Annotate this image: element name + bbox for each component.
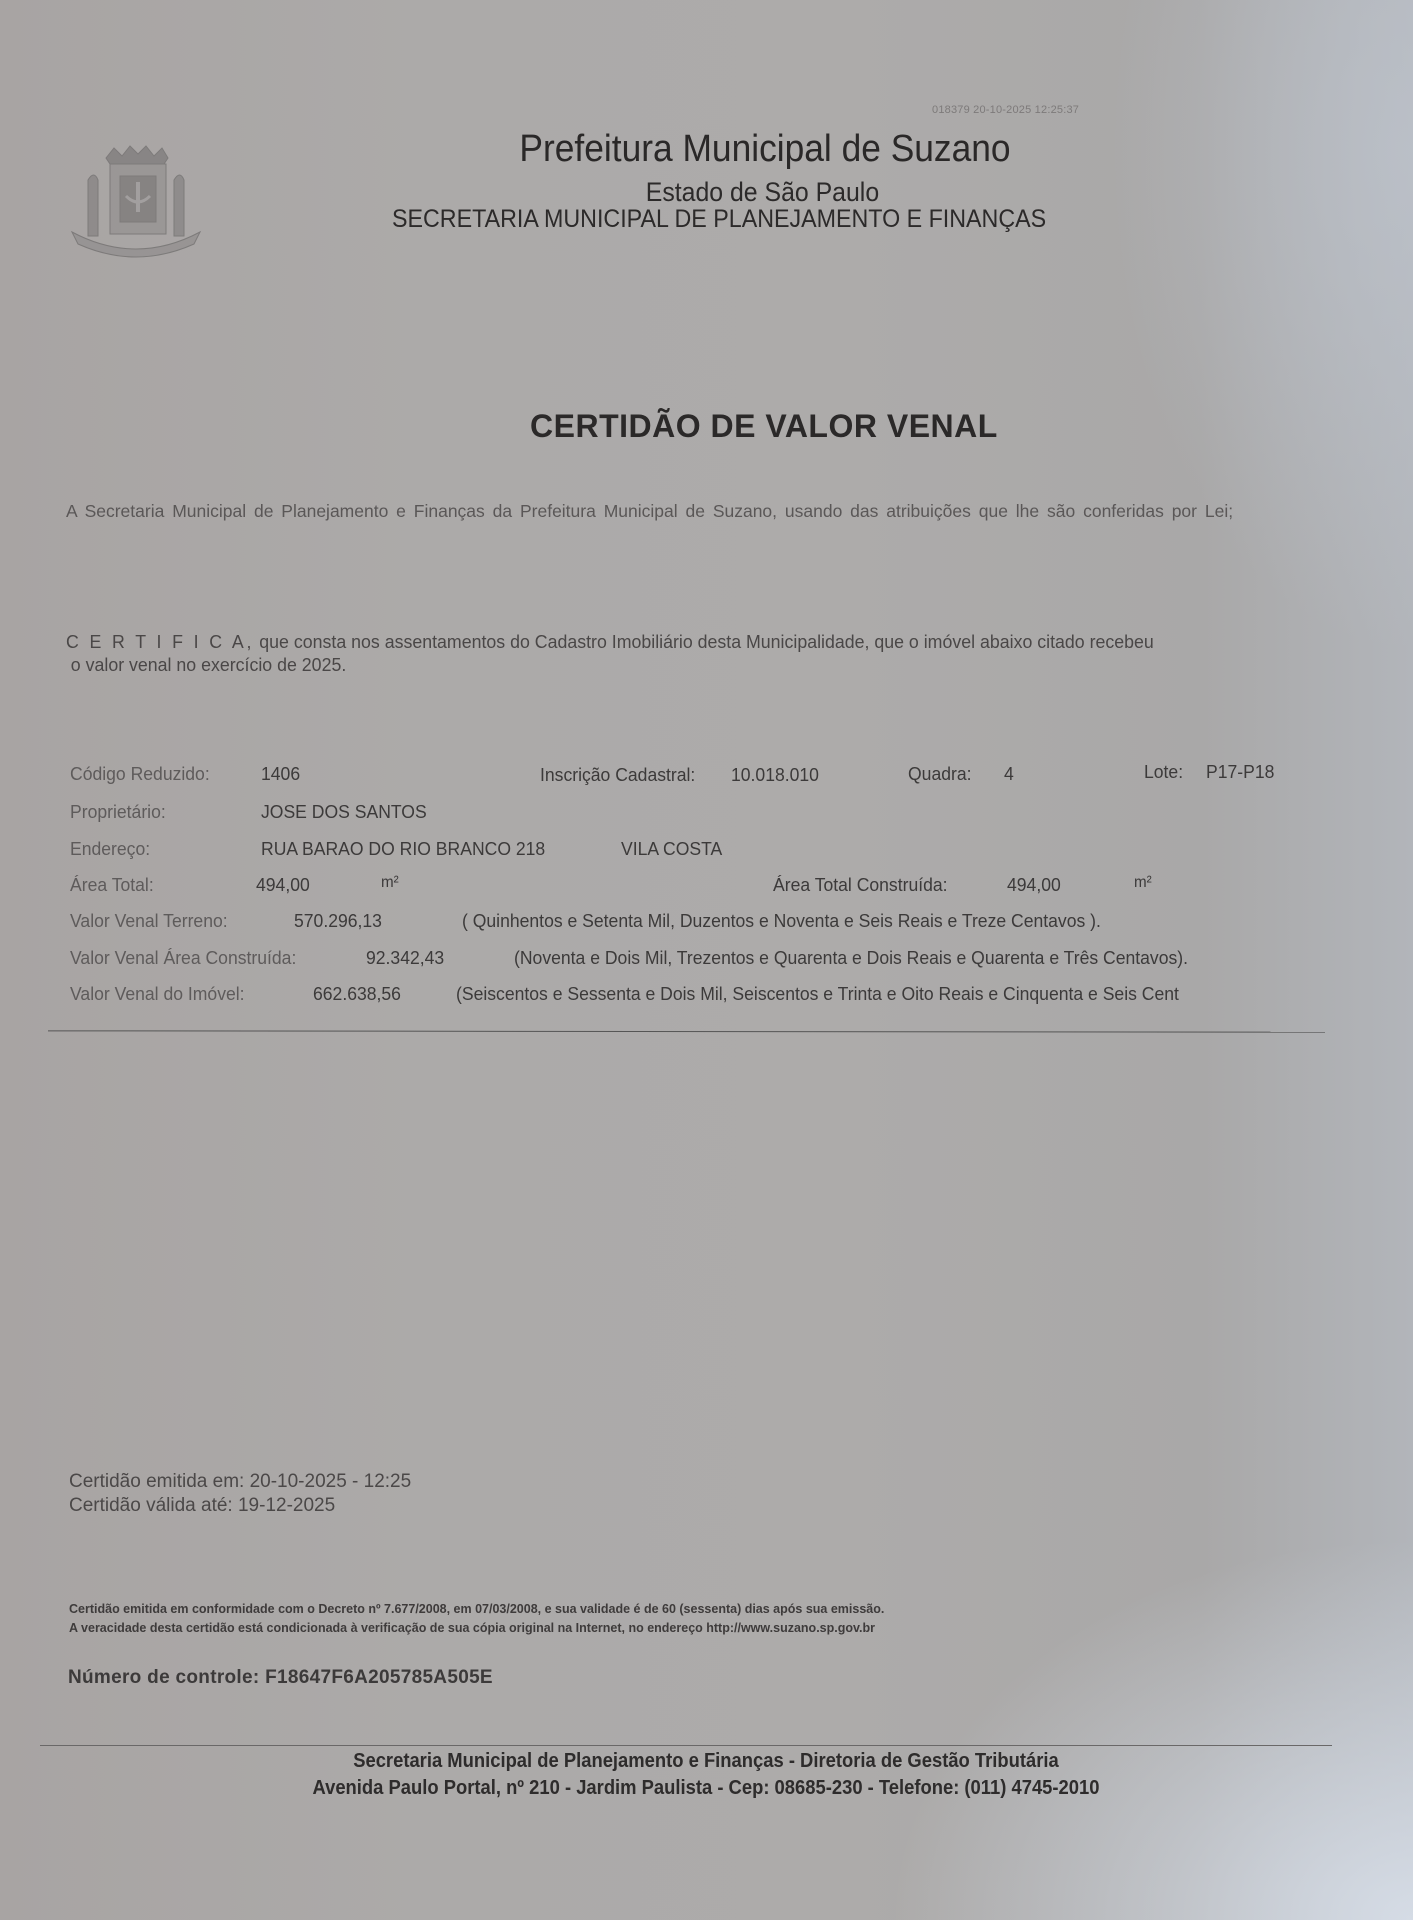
state-subtitle: Estado de São Paulo — [61, 177, 1413, 208]
footer-department: Secretaria Municipal de Planejamento e F… — [56, 1750, 1356, 1773]
certify-text-2: o valor venal no exercício de 2025. — [66, 654, 346, 675]
certify-paragraph: C E R T I F I C A, que consta nos assent… — [66, 630, 1260, 676]
vv-construida-words: (Noventa e Dois Mil, Trezentos e Quarent… — [514, 947, 1188, 969]
secretariat-name: SECRETARIA MUNICIPAL DE PLANEJAMENTO E F… — [392, 205, 1046, 234]
proprietario-value: JOSE DOS SANTOS — [261, 801, 427, 823]
document-title: CERTIDÃO DE VALOR VENAL — [530, 408, 998, 445]
area-construida-value: 494,00 — [1007, 874, 1061, 896]
vv-terreno-label: Valor Venal Terreno: — [70, 910, 228, 932]
endereco-value: RUA BARAO DO RIO BRANCO 218 — [261, 838, 545, 860]
lote-label: Lote: — [1144, 761, 1183, 783]
area-total-unit: m² — [381, 874, 399, 892]
vv-terreno-words: ( Quinhentos e Setenta Mil, Duzentos e N… — [462, 910, 1101, 932]
certify-text: que consta nos assentamentos do Cadastro… — [254, 631, 1153, 652]
issued-date: Certidão emitida em: 20-10-2025 - 12:25 — [69, 1470, 411, 1494]
vv-terreno-value: 570.296,13 — [294, 910, 382, 932]
valid-until-date: Certidão válida até: 19-12-2025 — [69, 1494, 335, 1518]
inscricao-value: 10.018.010 — [731, 764, 819, 786]
codigo-value: 1406 — [261, 763, 300, 785]
vv-construida-label: Valor Venal Área Construída: — [70, 947, 296, 969]
divider-line — [48, 1030, 1325, 1032]
area-total-value: 494,00 — [256, 874, 310, 896]
inscricao-label: Inscrição Cadastral: — [540, 764, 695, 786]
area-construida-label: Área Total Construída: — [773, 874, 948, 896]
footer-divider — [40, 1745, 1332, 1746]
vv-imovel-value: 662.638,56 — [313, 983, 401, 1005]
control-number: Número de controle: F18647F6A205785A505E — [68, 1667, 493, 1689]
endereco-label: Endereço: — [70, 838, 150, 860]
vv-imovel-words: (Seiscentos e Sessenta e Dois Mil, Seisc… — [456, 983, 1179, 1005]
legal-note-1: Certidão emitida em conformidade com o D… — [69, 1600, 884, 1619]
proprietario-label: Proprietário: — [70, 801, 166, 823]
footer-address: Avenida Paulo Portal, nº 210 - Jardim Pa… — [56, 1777, 1356, 1800]
legal-note-2: A veracidade desta certidão está condici… — [69, 1619, 875, 1638]
vv-imovel-label: Valor Venal do Imóvel: — [70, 983, 245, 1005]
quadra-value: 4 — [1004, 763, 1014, 785]
vv-construida-value: 92.342,43 — [366, 947, 444, 969]
quadra-label: Quadra: — [908, 763, 972, 785]
certify-keyword: C E R T I F I C A, — [66, 631, 254, 652]
area-construida-unit: m² — [1134, 874, 1152, 892]
bairro-value: VILA COSTA — [621, 838, 722, 860]
municipality-title: Prefeitura Municipal de Suzano — [54, 128, 1413, 171]
print-stamp: 018379 20-10-2025 12:25:37 — [932, 104, 1079, 116]
codigo-label: Código Reduzido: — [70, 763, 210, 785]
area-total-label: Área Total: — [70, 874, 154, 896]
intro-paragraph: A Secretaria Municipal de Planejamento e… — [66, 500, 1310, 523]
lote-value: P17-P18 — [1206, 761, 1274, 783]
